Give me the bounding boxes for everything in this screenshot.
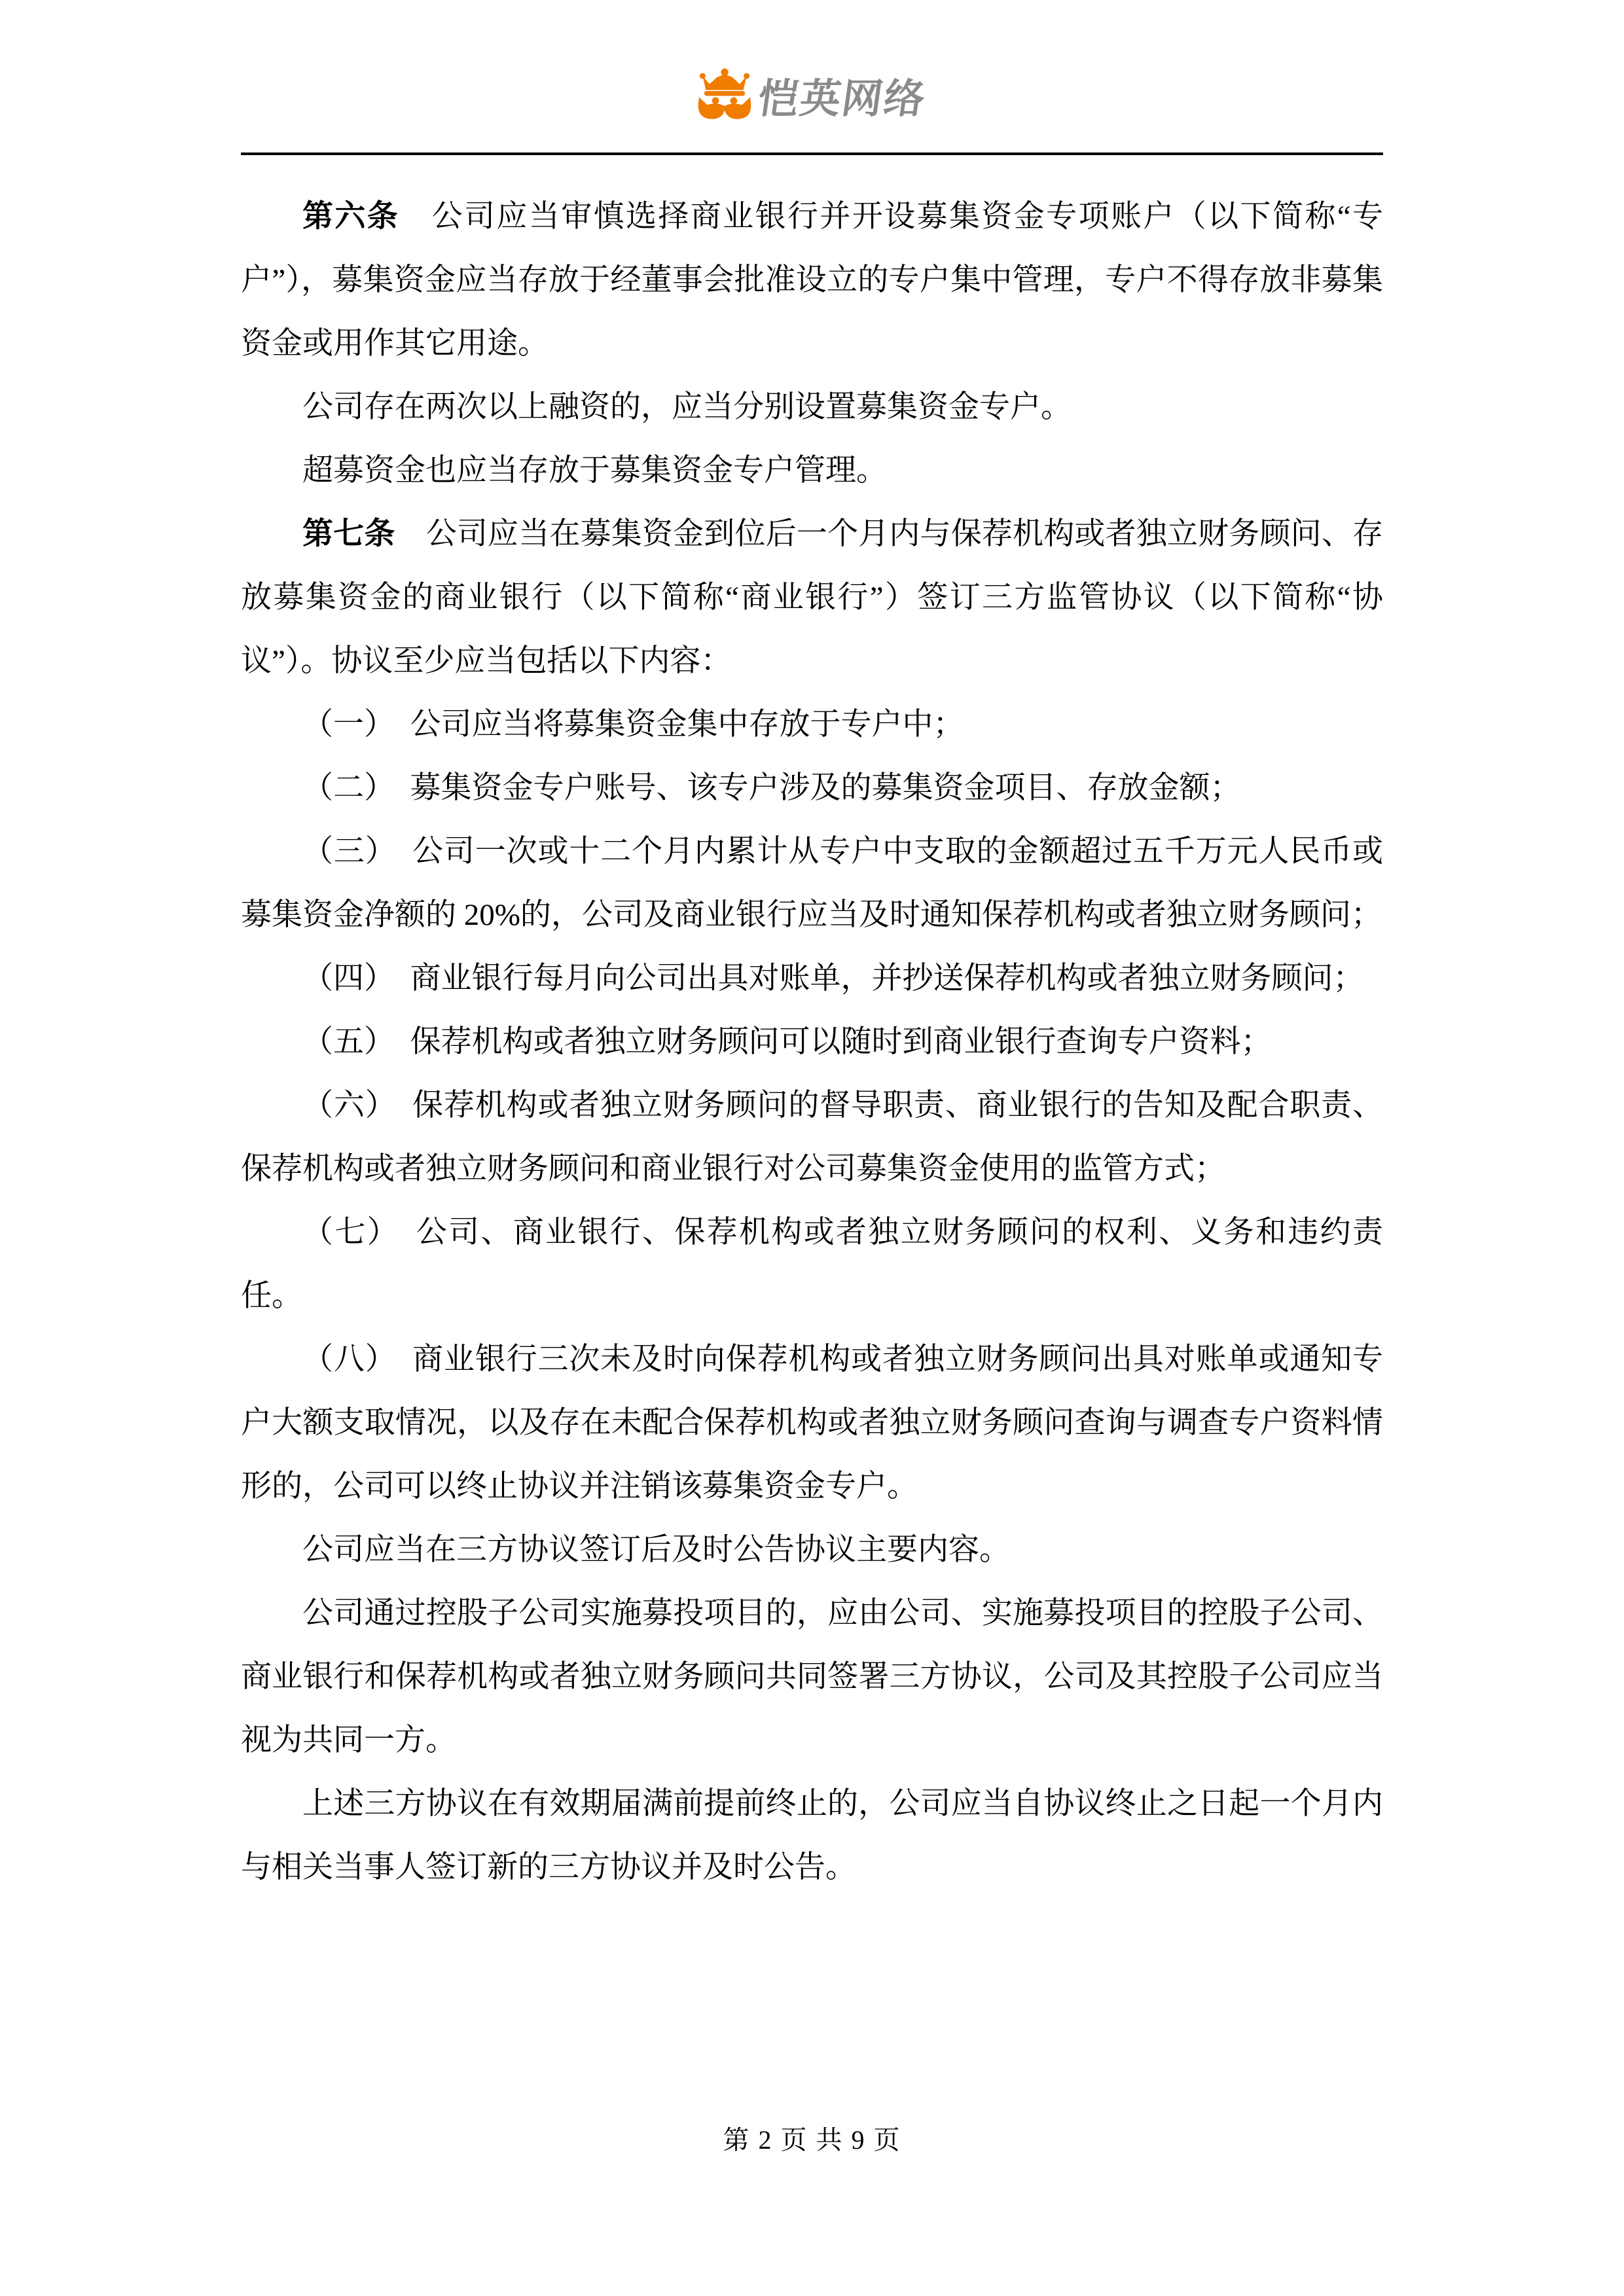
crown-mascot-icon <box>698 67 751 121</box>
paragraph-text: （二） 募集资金专户账号、该专户涉及的募集资金项目、存放金额； <box>302 771 1241 805</box>
paragraph-text: 公司存在两次以上融资的，应当分别设置募集资金专户。 <box>302 390 1072 424</box>
paragraph-text: 上述三方协议在有效期届满前提前终止的，公司应当自协议终止之日起一个月内与相关当事… <box>241 1787 1383 1884</box>
paragraph-text: （一） 公司应当将募集资金集中存放于专户中； <box>302 708 964 742</box>
paragraph: 公司应当在三方协议签订后及时公告协议主要内容。 <box>241 1518 1383 1582</box>
document-body: 第六条 公司应当审慎选择商业银行并开设募集资金专项账户（以下简称“专户”），募集… <box>241 185 1383 1899</box>
paragraph-text: 超募资金也应当存放于募集资金专户管理。 <box>302 454 887 488</box>
paragraph: 公司通过控股子公司实施募投项目的，应由公司、实施募投项目的控股子公司、商业银行和… <box>241 1582 1383 1772</box>
paragraph-text: （五） 保荐机构或者独立财务顾问可以随时到商业银行查询专户资料； <box>302 1025 1272 1059</box>
paragraph: （八） 商业银行三次未及时向保荐机构或者独立财务顾问出具对账单或通知专户大额支取… <box>241 1328 1383 1518</box>
header-divider <box>241 152 1383 155</box>
paragraph: 公司存在两次以上融资的，应当分别设置募集资金专户。 <box>241 376 1383 439</box>
page-number: 第 2 页 共 9 页 <box>723 2125 901 2155</box>
paragraph: （七） 公司、商业银行、保荐机构或者独立财务顾问的权利、义务和违约责任。 <box>241 1201 1383 1328</box>
paragraph: 上述三方协议在有效期届满前提前终止的，公司应当自协议终止之日起一个月内与相关当事… <box>241 1772 1383 1899</box>
paragraph: 超募资金也应当存放于募集资金专户管理。 <box>241 439 1383 503</box>
article-number: 第七条 <box>302 517 395 551</box>
article-number: 第六条 <box>302 200 399 234</box>
paragraph: （二） 募集资金专户账号、该专户涉及的募集资金项目、存放金额； <box>241 757 1383 820</box>
paragraph-text: （四） 商业银行每月向公司出具对账单，并抄送保荐机构或者独立财务顾问； <box>302 961 1364 996</box>
paragraph-text: （三） 公司一次或十二个月内累计从专户中支取的金额超过五千万元人民币或募集资金净… <box>241 834 1383 932</box>
company-logo: 恺英网络 <box>698 67 926 121</box>
paragraph: （一） 公司应当将募集资金集中存放于专户中； <box>241 693 1383 757</box>
paragraph-text: （七） 公司、商业银行、保荐机构或者独立财务顾问的权利、义务和违约责任。 <box>241 1215 1383 1313</box>
paragraph-text: 公司应当在三方协议签订后及时公告协议主要内容。 <box>302 1533 1010 1567</box>
paragraph-text: 公司通过控股子公司实施募投项目的，应由公司、实施募投项目的控股子公司、商业银行和… <box>241 1596 1383 1757</box>
page-footer: 第 2 页 共 9 页 <box>0 2119 1624 2157</box>
paragraph: （六） 保荐机构或者独立财务顾问的督导职责、商业银行的告知及配合职责、保荐机构或… <box>241 1074 1383 1201</box>
page-header: 恺英网络 <box>0 0 1624 121</box>
paragraph: 第六条 公司应当审慎选择商业银行并开设募集资金专项账户（以下简称“专户”），募集… <box>241 185 1383 376</box>
paragraph: （三） 公司一次或十二个月内累计从专户中支取的金额超过五千万元人民币或募集资金净… <box>241 820 1383 947</box>
paragraph: （五） 保荐机构或者独立财务顾问可以随时到商业银行查询专户资料； <box>241 1011 1383 1074</box>
document-page: 恺英网络 第六条 公司应当审慎选择商业银行并开设募集资金专项账户（以下简称“专户… <box>0 0 1624 2296</box>
paragraph: （四） 商业银行每月向公司出具对账单，并抄送保荐机构或者独立财务顾问； <box>241 947 1383 1011</box>
paragraph-text: （六） 保荐机构或者独立财务顾问的督导职责、商业银行的告知及配合职责、保荐机构或… <box>241 1088 1383 1186</box>
paragraph-text: 公司应当审慎选择商业银行并开设募集资金专项账户（以下简称“专户”），募集资金应当… <box>241 200 1383 361</box>
paragraph: 第七条 公司应当在募集资金到位后一个月内与保荐机构或者独立财务顾问、存放募集资金… <box>241 503 1383 693</box>
paragraph-text: 公司应当在募集资金到位后一个月内与保荐机构或者独立财务顾问、存放募集资金的商业银… <box>241 517 1383 678</box>
company-logo-text: 恺英网络 <box>755 79 929 121</box>
paragraph-text: （八） 商业银行三次未及时向保荐机构或者独立财务顾问出具对账单或通知专户大额支取… <box>241 1342 1383 1503</box>
